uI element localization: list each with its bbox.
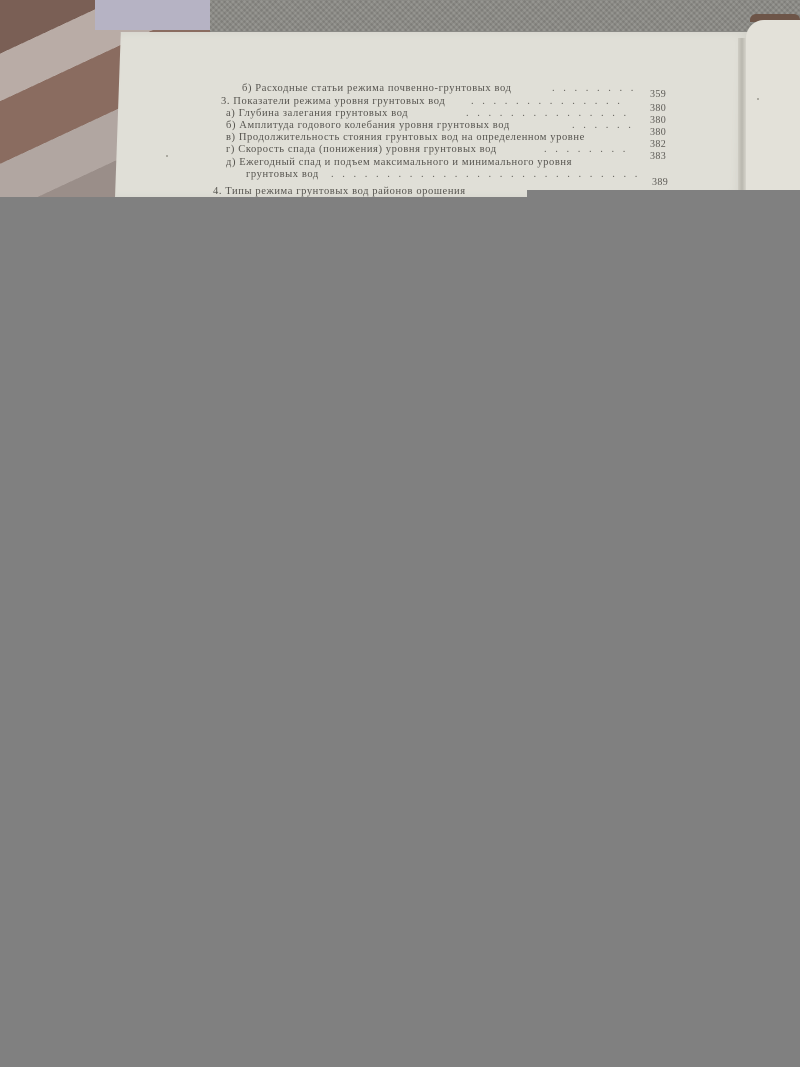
toc-entry: б) Амплитуда годового колебания уровня г… [226,120,510,132]
toc-entry: д) Ежегодный спад и подъем максимального… [226,157,572,169]
toc-page-number: 383 [650,151,666,162]
toc-page-number: 380 [650,103,666,114]
toc-entry-label: б) Амплитуда годового колебания уровня г… [226,120,510,131]
toc-entry-label: а) Глубина залегания грунтовых вод [226,108,408,119]
toc-entry: а) Глубина залегания грунтовых вод . . .… [226,108,408,120]
toc-entry-label: д) Ежегодный спад и подъем максимального… [226,157,572,168]
toc-entry: грунтовых вод . . . . . . . . . . . . . … [246,169,319,181]
toc-entry-label: грунтовых вод [246,169,319,180]
toc-entry: 3. Показатели режима уровня грунтовых во… [221,96,445,108]
toc-page-number: 382 [650,139,666,150]
toc-entry: г) Скорость спада (понижения) уровня гру… [226,144,497,156]
toc-page-number: 380 [650,127,666,138]
toc-entry: б) Расходные статьи режима почвенно-грун… [242,83,512,95]
toc-page-number: 359 [650,89,666,100]
toc-entry-label: в) Продолжительность стояния грунтовых в… [226,132,585,143]
toc-entry-label: г) Скорость спада (понижения) уровня гру… [226,144,497,155]
redaction-mask [0,197,800,1067]
table-of-contents: б) Расходные статьи режима почвенно-грун… [0,0,800,200]
toc-page-number: 389 [652,177,668,188]
toc-entry-label: 4. Типы режима грунтовых вод районов оро… [213,186,466,197]
toc-entry-label: б) Расходные статьи режима почвенно-грун… [242,83,512,94]
toc-entry-label: 3. Показатели режима уровня грунтовых во… [221,96,445,107]
toc-page-number: 380 [650,115,666,126]
toc-entry: в) Продолжительность стояния грунтовых в… [226,132,585,144]
